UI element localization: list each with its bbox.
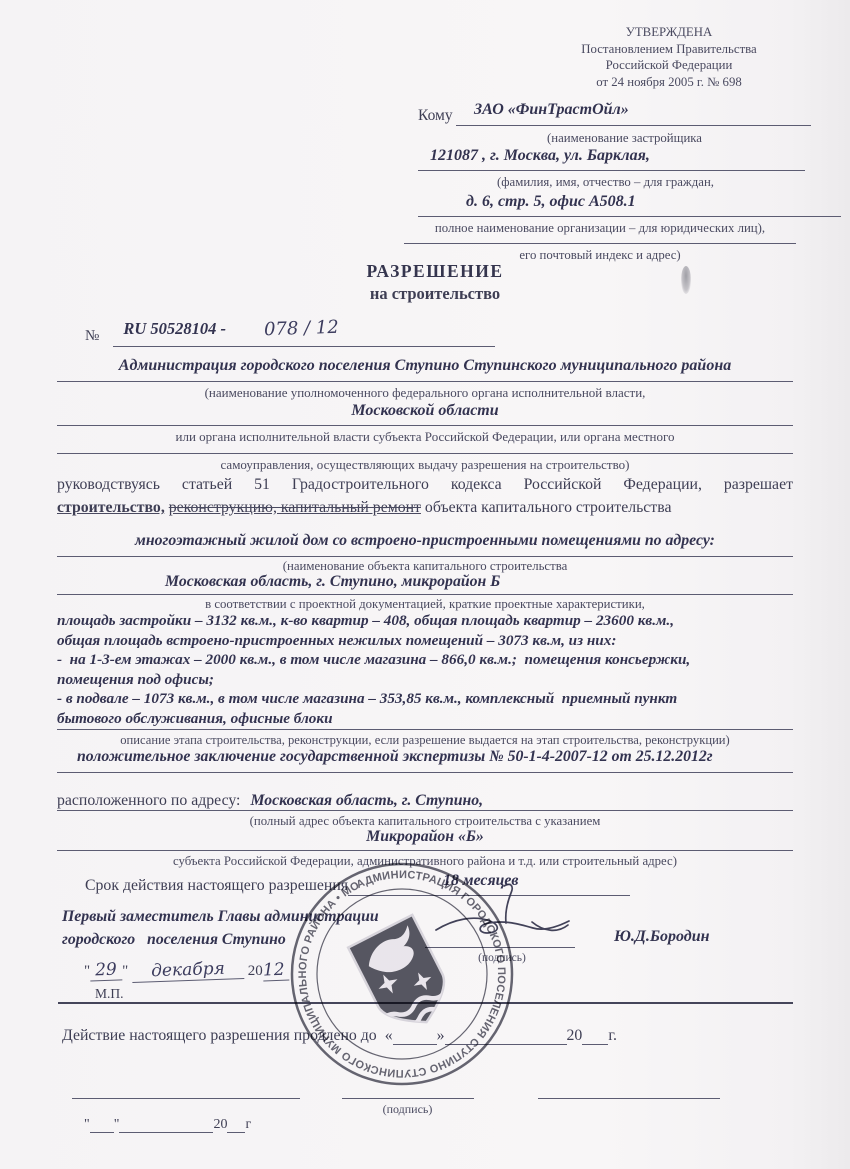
title-line-1: РАЗРЕШЕНИЕ [280,261,590,282]
location-label: расположенного по адресу: [57,792,240,810]
object-caption: описание этапа строительства, реконструк… [57,733,793,747]
seal-placeholder-label: М.П. [95,986,124,1002]
blank-line [57,438,793,454]
spec-line: - на 1-3-ем этажах – 2000 кв.м., в том ч… [57,650,793,670]
date-century: 20 [248,963,263,979]
quote-mark: " [122,963,128,979]
object-specs: площадь застройки – 3132 кв.м., к-во ква… [57,611,793,730]
blank-day [90,1116,114,1133]
grant-intro: руководствуясь статьей 51 Градостроитель… [57,476,793,494]
addressee-caption: его почтовый индекс и адрес) [404,248,796,262]
authority-name: Администрация городского поселения Ступи… [57,357,793,382]
document-title: РАЗРЕШЕНИЕ на строительство [280,261,590,304]
scan-artifact [681,266,691,294]
officer-position-2: городского поселения Ступино [62,931,286,949]
addressee-label: Кому [418,107,453,125]
grant-struck-text: реконструкцию, капитальный ремонт [169,499,421,516]
approval-line: Российской Федерации [543,57,795,74]
document-page: УТВЕРЖДЕНА Постановлением Правительства … [0,0,850,1169]
addressee-caption: (фамилия, имя, отчество – для граждан, [418,175,793,189]
blank-line [404,228,796,244]
approval-line: Постановлением Правительства [543,41,795,58]
date-month-handwritten: декабря [132,958,245,983]
location-row: расположенного по адресу: Московская обл… [57,786,793,811]
footer-date-row: " " 20 г [84,1116,251,1133]
addressee-caption: (наименование застройщика [456,131,793,145]
number-handwritten: 078 / 12 [264,317,339,341]
blank-line [538,1085,720,1099]
spec-line: общая площадь встроено-пристроенных нежи… [57,631,793,651]
approval-line: УТВЕРЖДЕНА [543,24,795,41]
spec-line: помещения под офисы; [57,670,793,690]
object-caption: в соответствии с проектной документацией… [57,597,793,611]
extension-century: 20 [567,1027,583,1045]
authority-caption: (наименование уполномоченного федерально… [57,386,793,400]
grant-type-line: строительство, реконструкцию, капитальны… [57,499,793,517]
grant-allowed: строительство, [57,499,165,516]
title-line-2: на строительство [280,284,590,304]
object-name: многоэтажный жилой дом со встроено-прист… [57,532,793,557]
object-address: Московская область, г. Ступино, микрорай… [57,573,793,595]
extension-year-suffix: г. [608,1027,617,1045]
footer-year-suffix: г [245,1117,251,1133]
issue-date-row: "29" декабря 2012 [84,960,289,981]
date-day-handwritten: 29 [90,959,123,981]
authority-caption: самоуправления, осуществляющих выдачу ра… [57,458,793,472]
spec-line: - в подвале – 1073 кв.м., в том числе ма… [57,689,793,709]
addressee-name: ЗАО «ФинТрастОйл» [456,101,811,126]
authority-region: Московской области [57,402,793,426]
blank-year [227,1116,245,1133]
object-caption: (наименование объекта капитального строи… [57,559,793,573]
approval-block: УТВЕРЖДЕНА Постановлением Правительства … [543,24,795,90]
official-seal: АДМИНИСТРАЦИЯ ГОРОДСКОГО ПОСЕЛЕНИЯ СТУПИ… [266,856,538,1092]
coat-of-arms-icon [345,909,471,1041]
addressee-address-1: 121087 , г. Москва, ул. Барклая, [418,147,805,171]
expertise-line: положительное заключение государственной… [57,748,793,773]
officer-name: Ю.Д.Бородин [614,928,710,946]
spec-line: площадь застройки – 3132 кв.м., к-во ква… [57,611,793,631]
number-printed: RU 50528104 - [113,319,226,338]
footer-signature-caption: (подпись) [330,1102,485,1116]
blank-month [119,1116,213,1133]
grant-tail: объекта капитального строительства [421,499,672,516]
addressee-address-2: д. 6, стр. 5, офис А508.1 [418,193,841,217]
location-value: Московская область, г. Ступино, [240,792,483,810]
location-district: Микрорайон «Б» [57,828,793,851]
location-caption: (полный адрес объекта капитального строи… [57,814,793,828]
blank-year [582,1026,608,1045]
approval-line: от 24 ноября 2005 г. № 698 [543,74,795,91]
permit-number-row: № RU 50528104 - 078 / 12 [85,318,495,347]
number-sign: № [85,328,99,347]
footer-century: 20 [213,1117,227,1133]
spec-line: бытового обслуживания, офисные блоки [57,709,793,729]
